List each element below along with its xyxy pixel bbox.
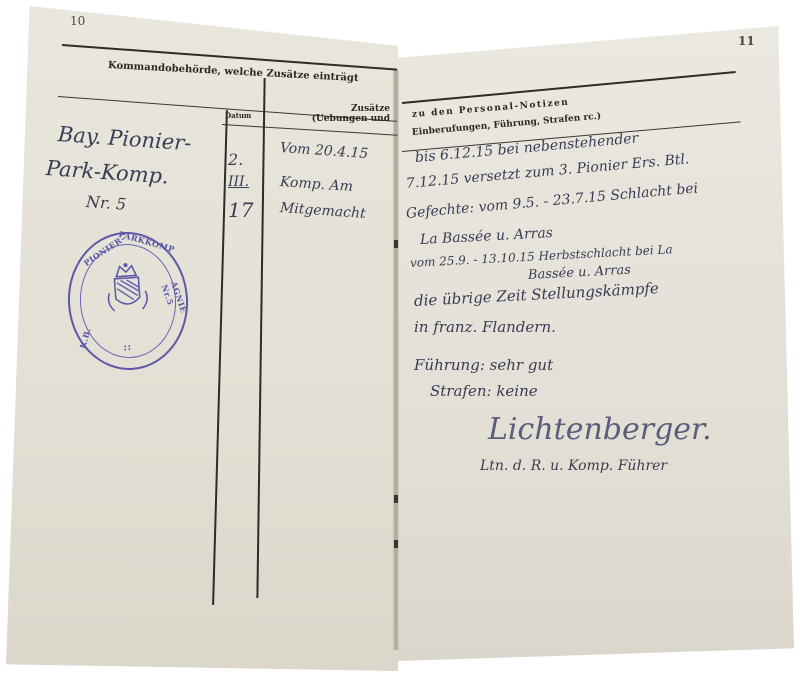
notes-line-8: in franz. Flandern. (414, 318, 556, 336)
officer-signature: Lichtenberger. (488, 412, 712, 447)
signature-title: Ltn. d. R. u. Komp. Führer (480, 458, 667, 474)
book-spine (393, 70, 399, 650)
date-line-3: 17 (228, 198, 253, 222)
page-number-right: 11 (738, 34, 755, 48)
conduct-line: Führung: sehr gut (414, 356, 553, 374)
date-line-2: III. (228, 174, 249, 190)
stitch (394, 540, 398, 548)
header-additions: Zusätze (Uebungen und (305, 104, 390, 124)
stitch (394, 240, 398, 248)
date-line-1: 2. (228, 150, 243, 169)
header-date: Datum (225, 111, 251, 120)
page-number-left: 10 (70, 14, 85, 28)
penalties-line: Strafen: keine (430, 382, 538, 400)
authority-line-3: Nr. 5 (85, 192, 126, 214)
stitch (394, 495, 398, 503)
bavarian-crest-icon (103, 261, 151, 324)
